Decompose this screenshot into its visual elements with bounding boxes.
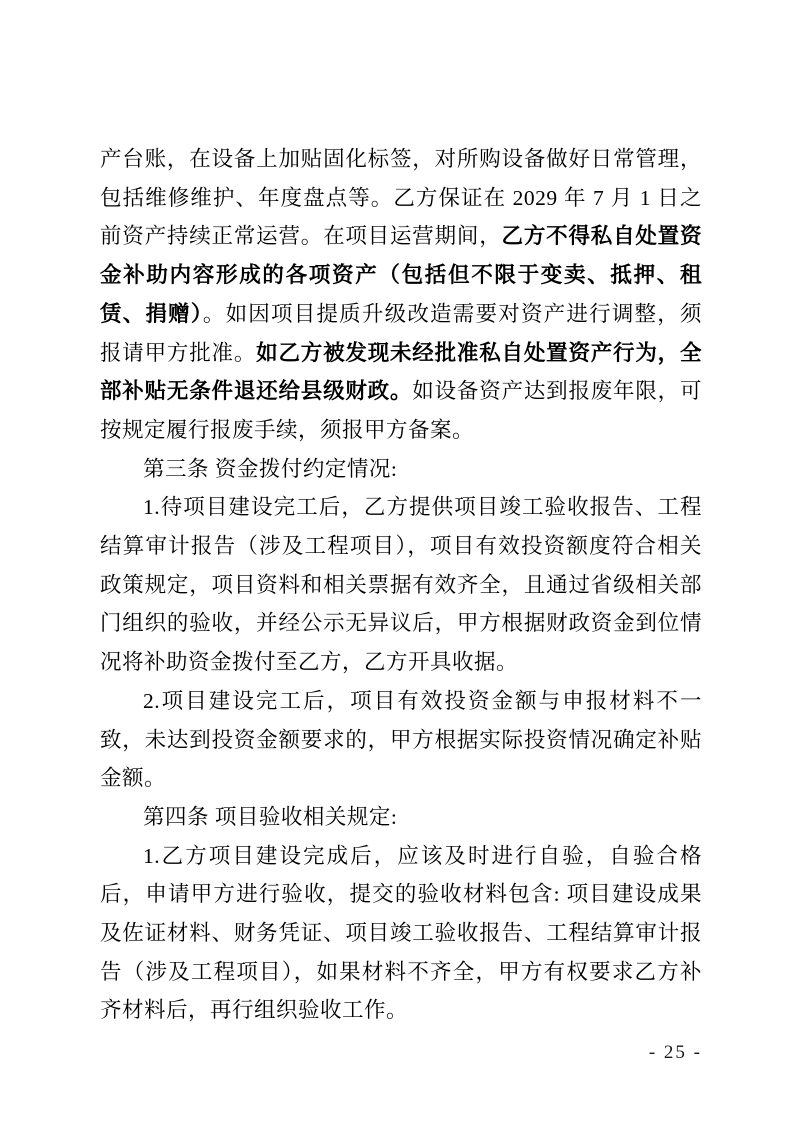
page-number: - 25 - [649, 1040, 702, 1066]
article-3-heading-text: 第三条 资金拨付约定情况: [143, 457, 397, 481]
text-run: 1.乙方项目建设完成后，应该及时进行自验，自验合格后，申请甲方进行验收，提交的验… [100, 844, 702, 1023]
article-4-heading-text: 第四条 项目验收相关规定: [143, 805, 397, 829]
paragraph-article-4-item-1: 1.乙方项目建设完成后，应该及时进行自验，自验合格后，申请甲方进行验收，提交的验… [100, 837, 702, 1031]
paragraph-article-4-heading: 第四条 项目验收相关规定: [100, 798, 702, 837]
text-run: 2.项目建设完工后，项目有效投资金额与申报材料不一致，未达到投资金额要求的，甲方… [100, 689, 702, 790]
paragraph-article-3-item-2: 2.项目建设完工后，项目有效投资金额与申报材料不一致，未达到投资金额要求的，甲方… [100, 682, 702, 798]
document-page: 产台账，在设备上加贴固化标签，对所购设备做好日常管理，包括维修维护、年度盘点等。… [0, 0, 793, 1122]
document-body: 产台账，在设备上加贴固化标签，对所购设备做好日常管理，包括维修维护、年度盘点等。… [100, 140, 702, 1030]
paragraph-article-3-item-1: 1.待项目建设完工后，乙方提供项目竣工验收报告、工程结算审计报告（涉及工程项目）… [100, 488, 702, 682]
text-run: 1.待项目建设完工后，乙方提供项目竣工验收报告、工程结算审计报告（涉及工程项目）… [100, 495, 702, 674]
paragraph-continuation: 产台账，在设备上加贴固化标签，对所购设备做好日常管理，包括维修维护、年度盘点等。… [100, 140, 702, 450]
paragraph-article-3-heading: 第三条 资金拨付约定情况: [100, 450, 702, 489]
